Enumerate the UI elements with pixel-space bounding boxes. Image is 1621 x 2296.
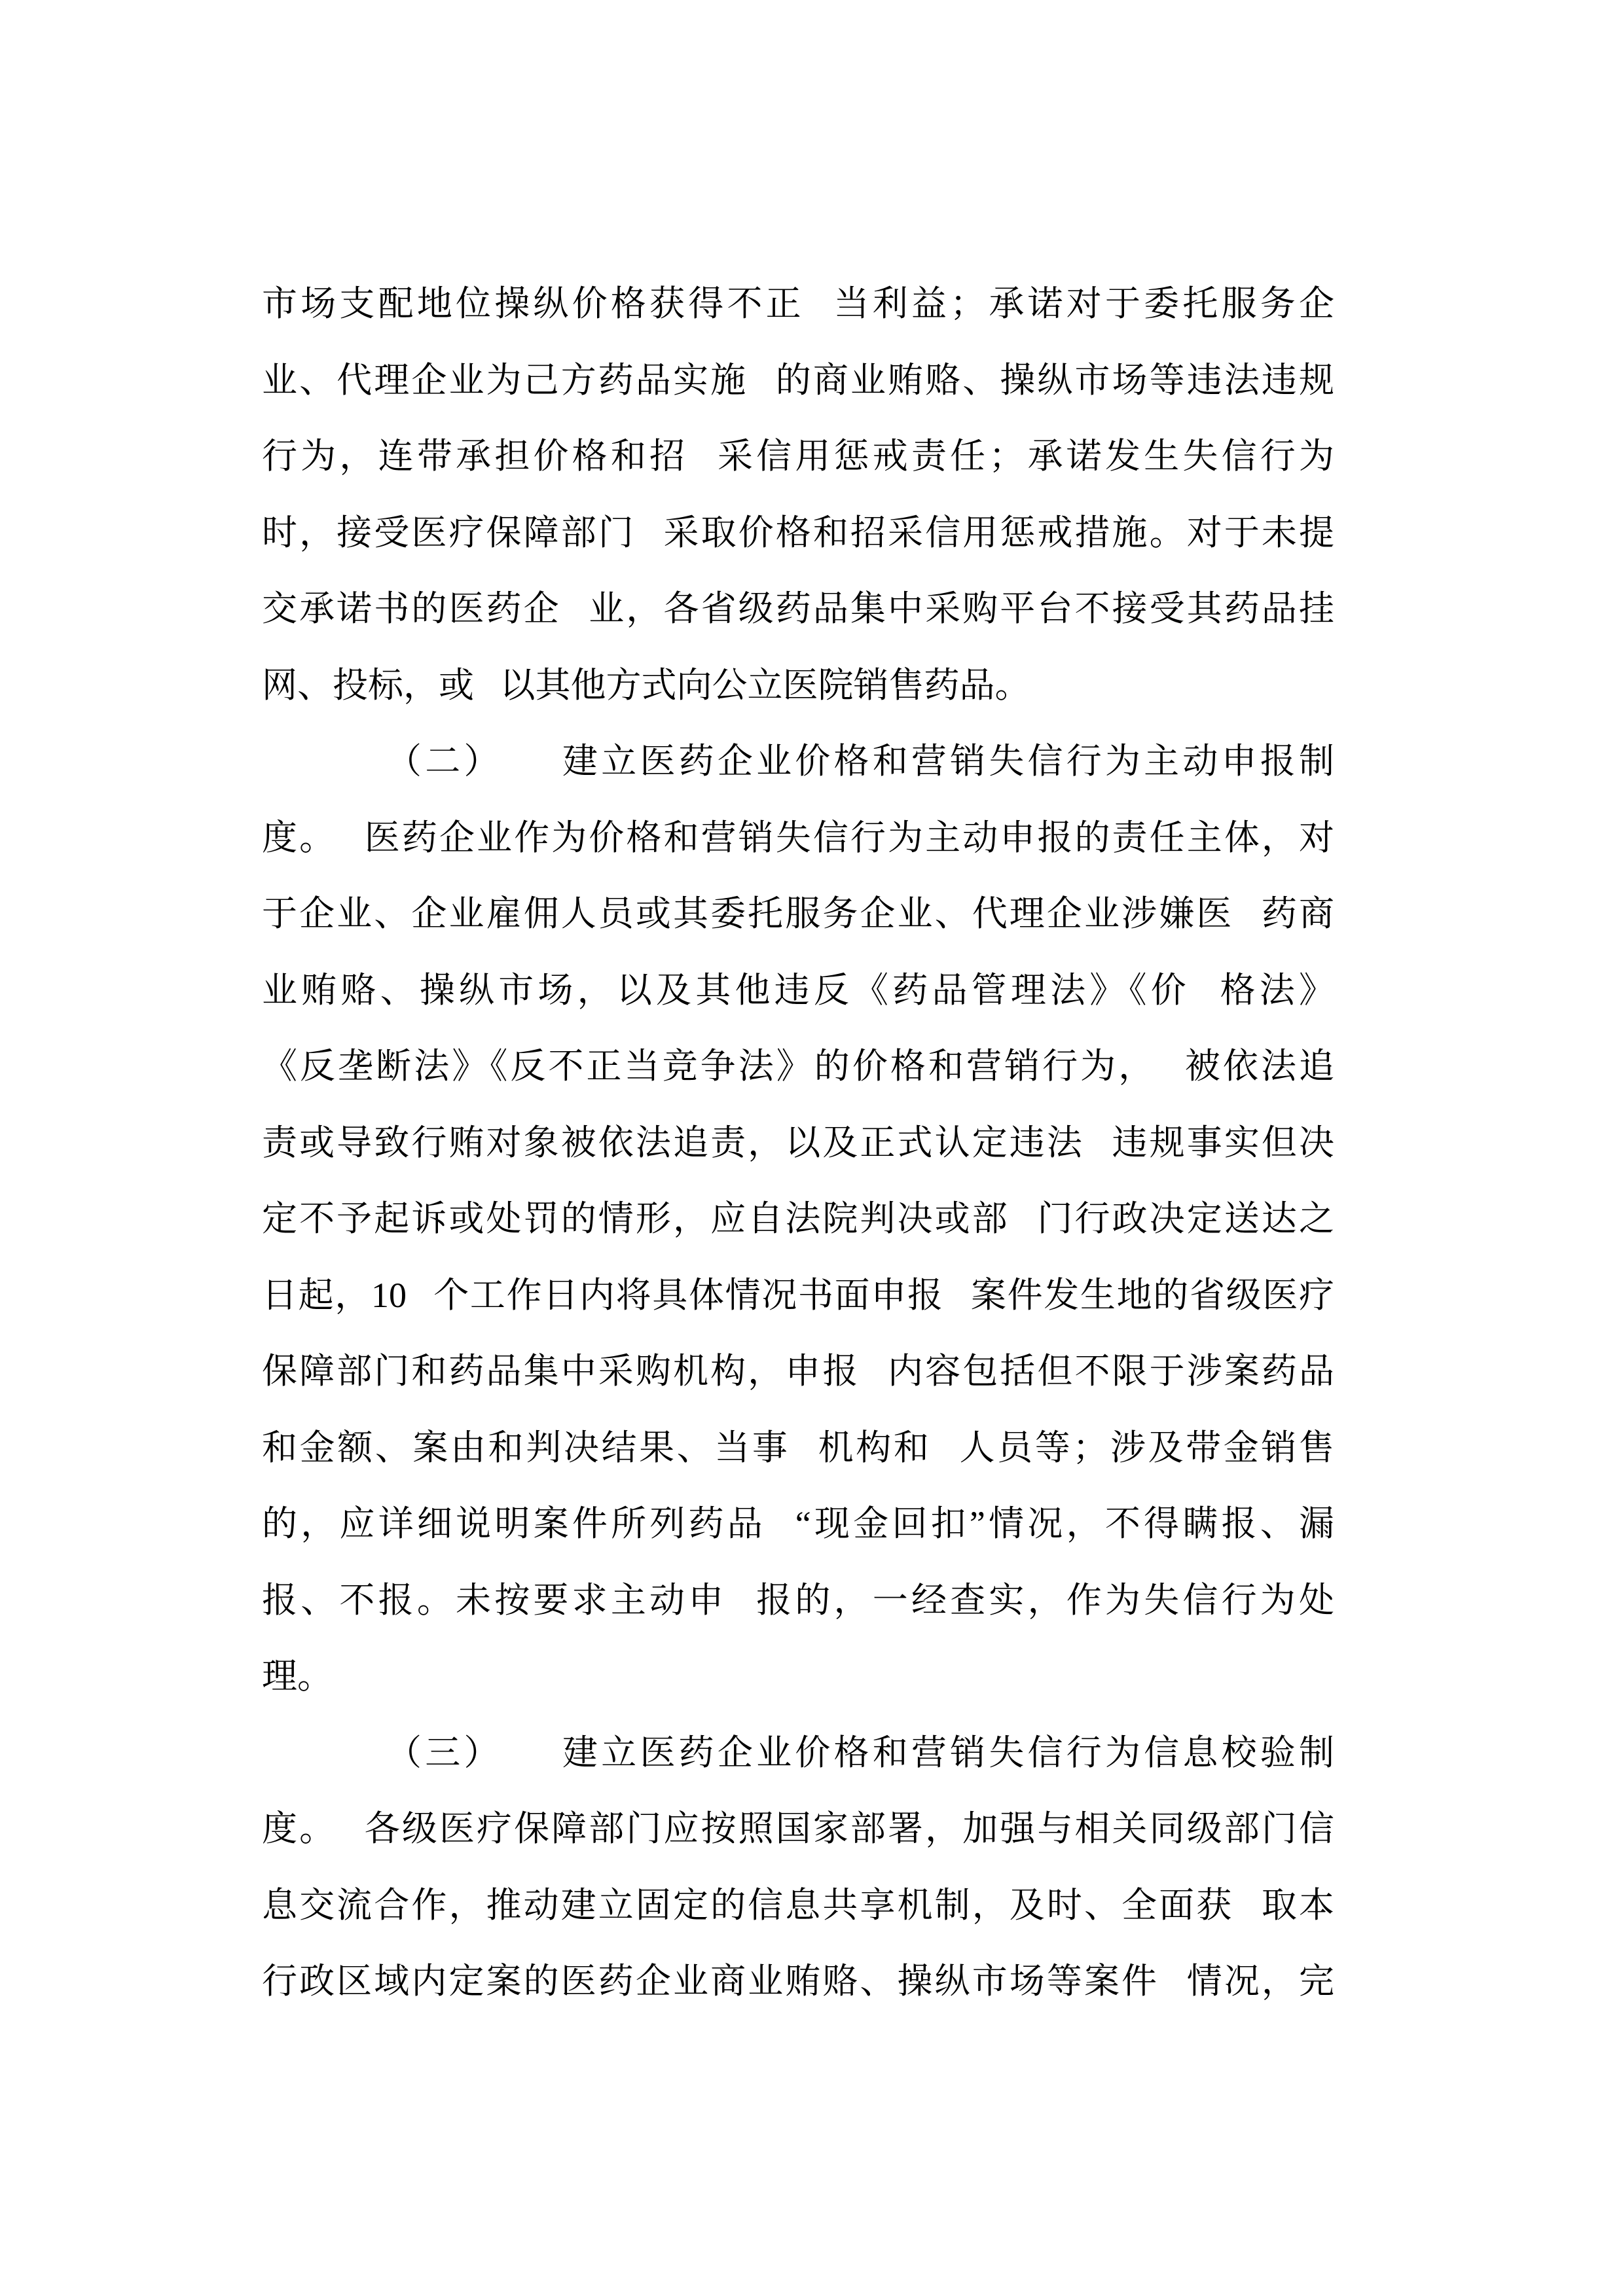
text-line: 度。 医药企业作为价格和营销失信行为主动申报的责任主体，对 xyxy=(262,800,1334,876)
text-line: 业、代理企业为己方药品实施 的商业贿赂、操纵市场等违法违规 xyxy=(262,342,1334,419)
section-heading-line: （二） 建立医药企业价格和营销失信行为主动申报制 xyxy=(262,723,1334,800)
text-line: 和金额、案由和判决结果、当事 机构和 人员等；涉及带金销售 xyxy=(262,1410,1334,1486)
text-line: 于企业、企业雇佣人员或其委托服务企业、代理企业涉嫌医 药商 xyxy=(262,876,1334,952)
text-line: 行政区域内定案的医药企业商业贿赂、操纵市场等案件 情况，完 xyxy=(262,1943,1334,2020)
text-line: 网、投标，或 以其他方式向公立医院销售药品。 xyxy=(262,647,1334,724)
text-line: 日起，10 个工作日内将具体情况书面申报 案件发生地的省级医疗 xyxy=(262,1257,1334,1334)
document-body: 市场支配地位操纵价格获得不正 当利益；承诺对于委托服务企业、代理企业为己方药品实… xyxy=(262,266,1334,2020)
text-line: 度。 各级医疗保障部门应按照国家部署，加强与相关同级部门信 xyxy=(262,1791,1334,1867)
text-line: 责或导致行贿对象被依法追责，以及正式认定违法 违规事实但决 xyxy=(262,1105,1334,1181)
text-line: 《反垄断法》《反不正当竞争法》的价格和营销行为， 被依法追 xyxy=(262,1028,1334,1105)
text-line: 业贿赂、操纵市场，以及其他违反《药品管理法》《价 格法》 xyxy=(262,952,1334,1029)
document-page: 市场支配地位操纵价格获得不正 当利益；承诺对于委托服务企业、代理企业为己方药品实… xyxy=(0,0,1621,2296)
text-line: 定不予起诉或处罚的情形，应自法院判决或部 门行政决定送达之 xyxy=(262,1181,1334,1257)
text-line: 交承诺书的医药企 业，各省级药品集中采购平台不接受其药品挂 xyxy=(262,571,1334,647)
text-line: 行为，连带承担价格和招 采信用惩戒责任；承诺发生失信行为 xyxy=(262,418,1334,495)
text-line: 息交流合作，推动建立固定的信息共享机制，及时、全面获 取本 xyxy=(262,1867,1334,1944)
section-heading-line: （三） 建立医药企业价格和营销失信行为信息校验制 xyxy=(262,1715,1334,1791)
text-line: 保障部门和药品集中采购机构，申报 内容包括但不限于涉案药品 xyxy=(262,1333,1334,1410)
text-line: 报、不报。未按要求主动申 报的，一经查实，作为失信行为处 xyxy=(262,1562,1334,1639)
text-line: 时，接受医疗保障部门 采取价格和招采信用惩戒措施。对于未提 xyxy=(262,495,1334,571)
text-line: 理。 xyxy=(262,1638,1334,1715)
text-line: 的，应详细说明案件所列药品 “现金回扣”情况，不得瞒报、漏 xyxy=(262,1486,1334,1562)
text-line: 市场支配地位操纵价格获得不正 当利益；承诺对于委托服务企 xyxy=(262,266,1334,342)
